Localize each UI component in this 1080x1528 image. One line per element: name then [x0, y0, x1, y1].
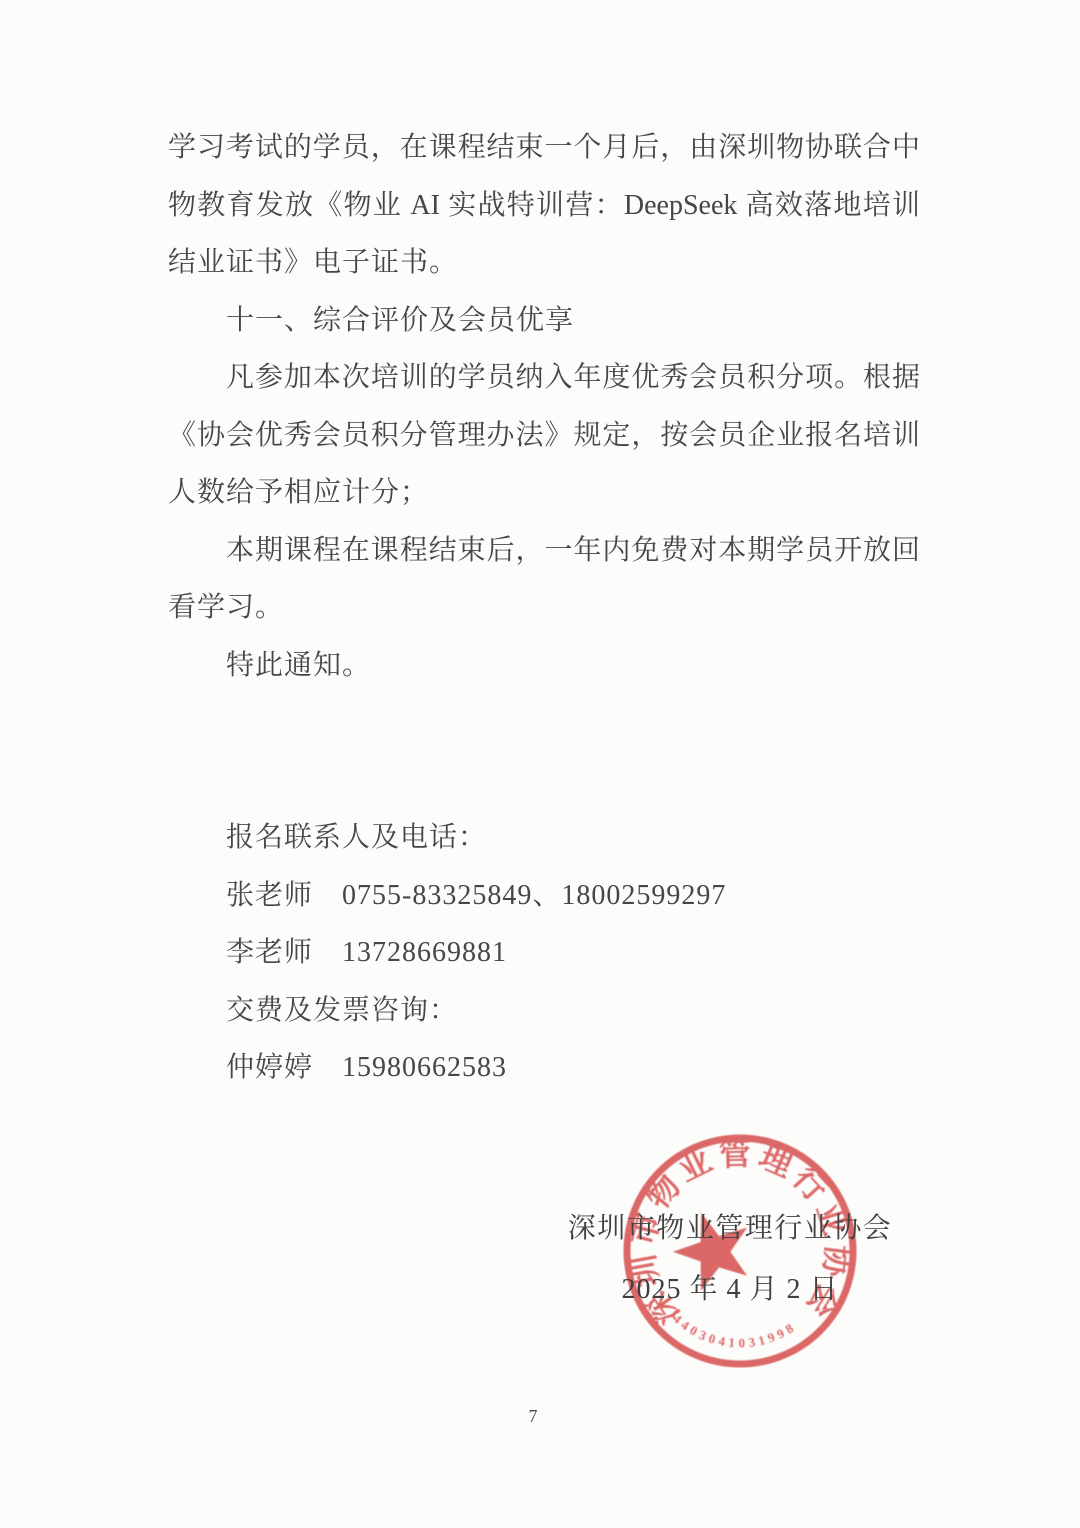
contact-zhong: 仲婷婷 15980662583	[168, 1039, 920, 1097]
paragraph-certificate-line-3: 结业证书》电子证书。	[168, 234, 920, 292]
paragraph-replay-line-1: 本期课程在课程结束后，一年内免费对本期学员开放回	[168, 522, 920, 580]
spacer	[168, 694, 920, 809]
signature-date: 2025 年 4 月 2 日	[560, 1270, 900, 1310]
official-seal: 深圳市物业管理行业协会 4403041031998	[611, 1130, 869, 1372]
paragraph-certificate-line-2: 物教育发放《物业 AI 实战特训营：DeepSeek 高效落地培训	[168, 177, 920, 235]
document-page: 学习考试的学员，在课程结束一个月后，由深圳物协联合中 物教育发放《物业 AI 实…	[0, 0, 1080, 1528]
paragraph-points-line-3: 人数给予相应计分；	[168, 464, 920, 522]
contact-heading: 报名联系人及电话：	[168, 809, 920, 867]
billing-heading: 交费及发票咨询：	[168, 982, 920, 1040]
page-number: 7	[0, 1406, 1066, 1427]
contact-li: 李老师 13728669881	[168, 924, 920, 982]
notice-line: 特此通知。	[168, 637, 920, 695]
document-body: 学习考试的学员，在课程结束一个月后，由深圳物协联合中 物教育发放《物业 AI 实…	[168, 119, 920, 1097]
paragraph-points-line-1: 凡参加本次培训的学员纳入年度优秀会员积分项。根据	[168, 349, 920, 407]
section-11-heading: 十一、综合评价及会员优享	[168, 292, 920, 350]
paragraph-points-line-2: 《协会优秀会员积分管理办法》规定，按会员企业报名培训	[168, 407, 920, 465]
paragraph-certificate-line-1: 学习考试的学员，在课程结束一个月后，由深圳物协联合中	[168, 119, 920, 177]
signature-organization: 深圳市物业管理行业协会	[560, 1209, 900, 1249]
paragraph-replay-line-2: 看学习。	[168, 579, 920, 637]
contact-zhang: 张老师 0755-83325849、18002599297	[168, 867, 920, 925]
